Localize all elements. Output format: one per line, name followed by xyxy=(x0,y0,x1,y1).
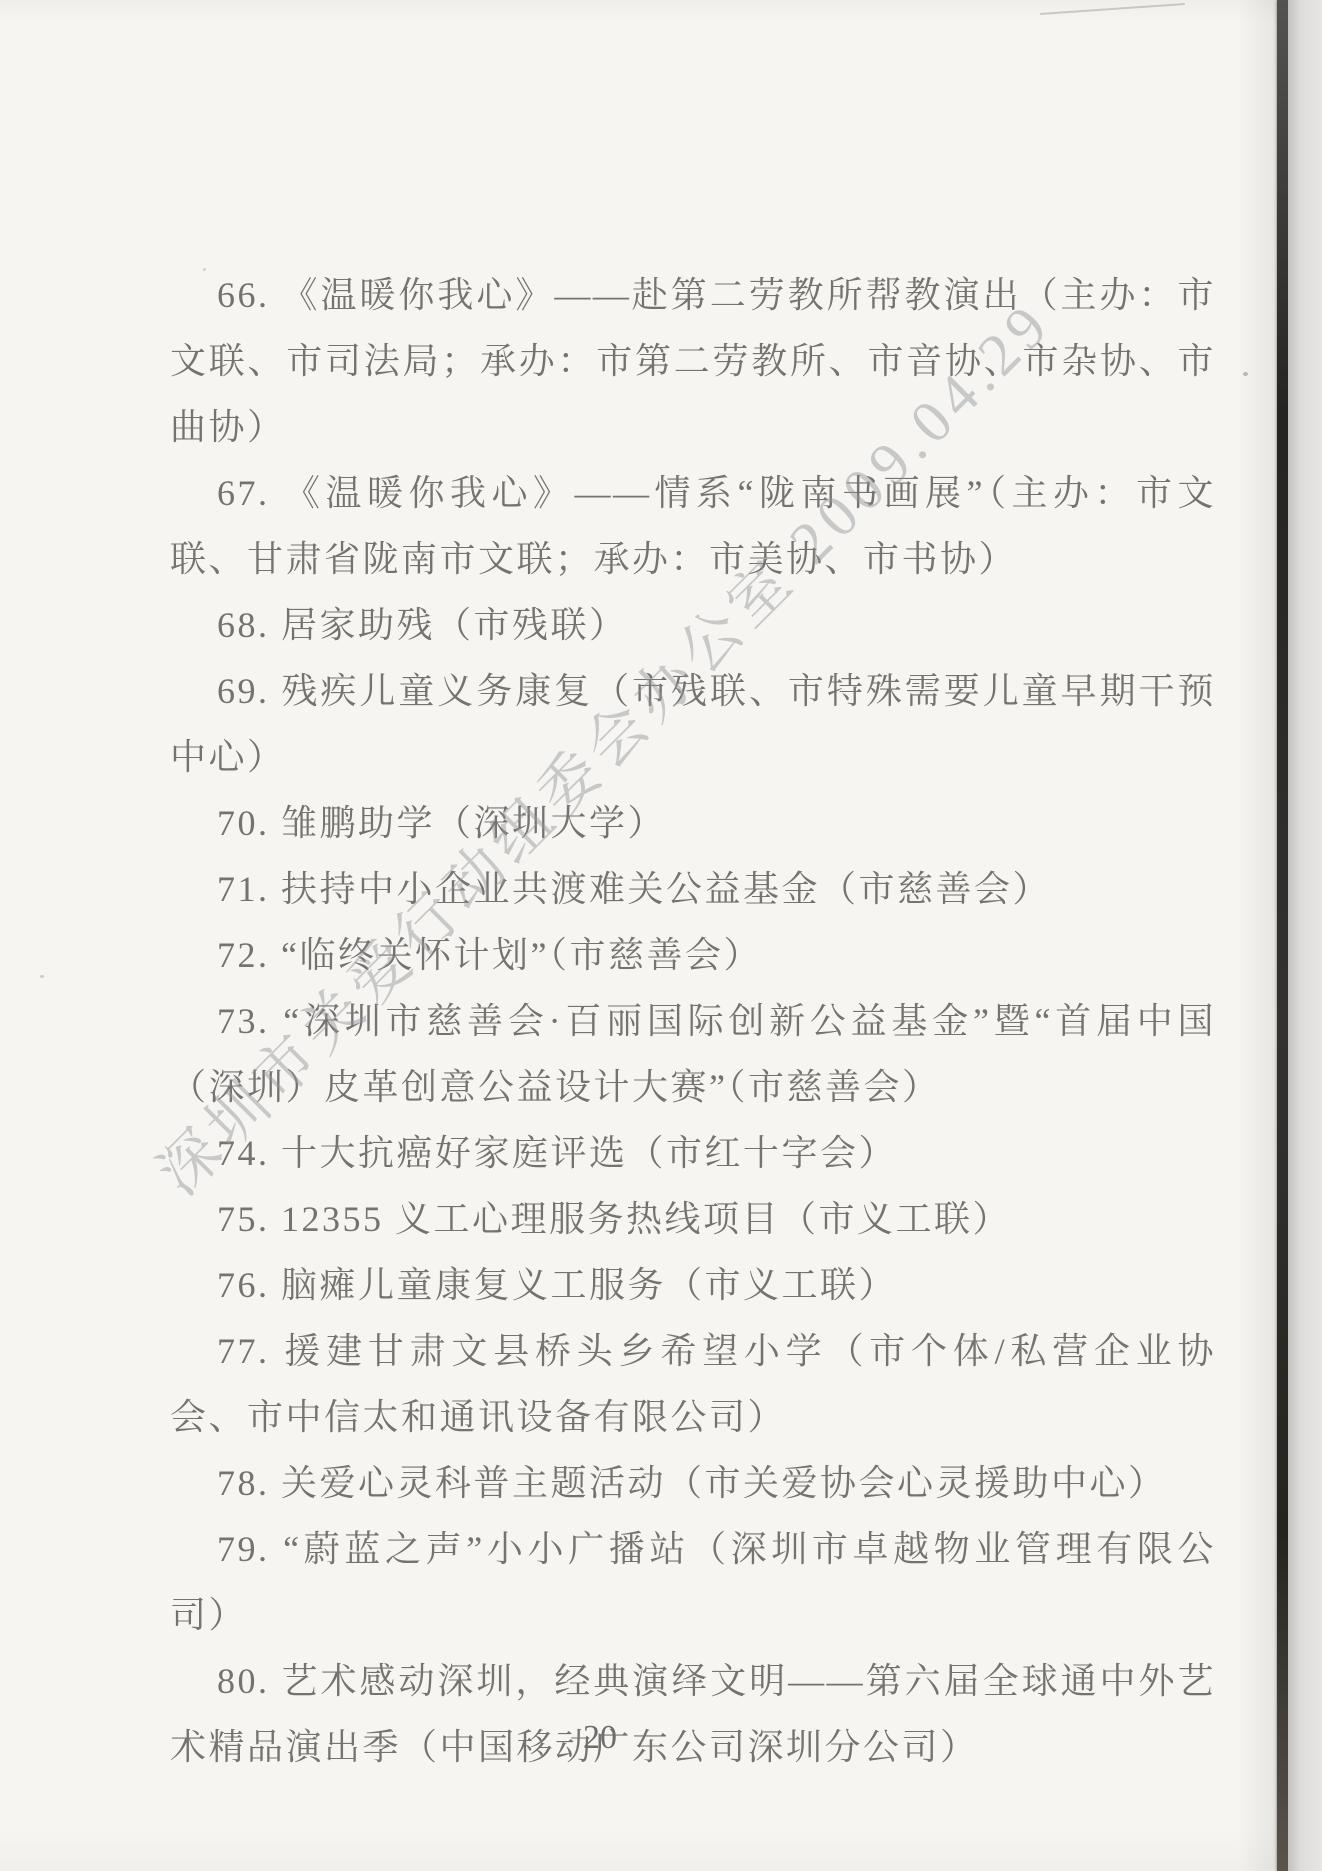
list-item-69: 69. 残疾儿童义务康复（市残联、市特殊需要儿童早期干预中心） xyxy=(170,658,1216,790)
scan-speck xyxy=(1243,372,1248,376)
list-item-80: 80. 艺术感动深圳，经典演绎文明——第六届全球通中外艺术精品演出季（中国移动广… xyxy=(170,1648,1216,1780)
scan-right-margin xyxy=(1288,0,1322,1871)
list-item-68: 68. 居家助残（市残联） xyxy=(170,592,1216,658)
page-number: 20 xyxy=(530,1716,670,1760)
list-item-66: 66. 《温暖你我心》——赴第二劳教所帮教演出（主办：市文联、市司法局；承办：市… xyxy=(170,262,1216,460)
list-item-70: 70. 雏鹏助学（深圳大学） xyxy=(170,790,1216,856)
list-item-77: 77. 援建甘肃文县桥头乡希望小学（市个体/私营企业协会、市中信太和通讯设备有限… xyxy=(170,1318,1216,1450)
list-item-73: 73. “深圳市慈善会·百丽国际创新公益基金”暨“首届中国（深圳）皮革创意公益设… xyxy=(170,988,1216,1120)
scan-speck xyxy=(40,975,44,978)
list-item-71: 71. 扶持中小企业共渡难关公益基金（市慈善会） xyxy=(170,856,1216,922)
scanned-document-page: 深圳市关爱行动组委会办公室 2009.04.29 66. 《温暖你我心》——赴第… xyxy=(0,0,1322,1871)
list-item-75: 75. 12355 义工心理服务热线项目（市义工联） xyxy=(170,1186,1216,1252)
list-item-79: 79. “蔚蓝之声”小小广播站（深圳市卓越物业管理有限公司） xyxy=(170,1516,1216,1648)
scan-edge-shadow xyxy=(1237,0,1277,1871)
list-item-72: 72. “临终关怀计划”（市慈善会） xyxy=(170,922,1216,988)
scan-corner-artifact xyxy=(1040,3,1185,15)
list-item-74: 74. 十大抗癌好家庭评选（市红十字会） xyxy=(170,1120,1216,1186)
list-item-67: 67. 《温暖你我心》——情系“陇南书画展”（主办：市文联、甘肃省陇南市文联；承… xyxy=(170,460,1216,592)
page-edge-line xyxy=(1277,0,1288,1871)
activities-list: 66. 《温暖你我心》——赴第二劳教所帮教演出（主办：市文联、市司法局；承办：市… xyxy=(170,262,1216,1780)
list-item-76: 76. 脑瘫儿童康复义工服务（市义工联） xyxy=(170,1252,1216,1318)
list-item-78: 78. 关爱心灵科普主题活动（市关爱协会心灵援助中心） xyxy=(170,1450,1216,1516)
